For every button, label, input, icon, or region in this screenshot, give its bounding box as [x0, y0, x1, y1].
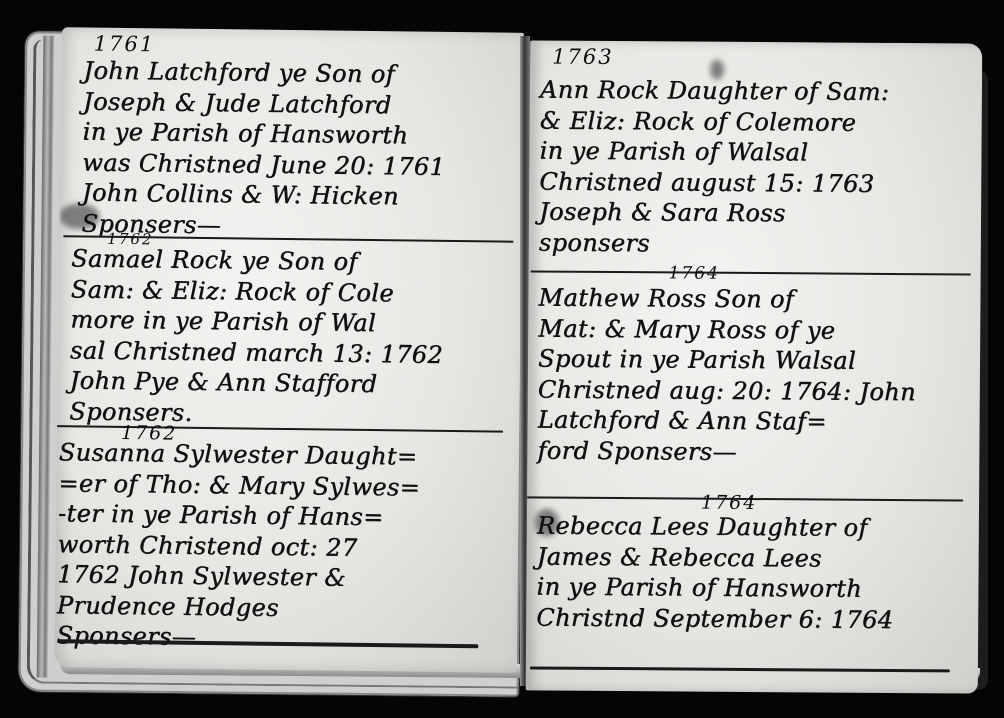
entry-line: Christnd September 6: 1764 [536, 602, 893, 635]
open-register-book: 1761 John Latchford ye Son of Joseph & J… [0, 0, 1004, 718]
entry-line: =er of Tho: & Mary Sylwes= [58, 468, 420, 503]
entry-year: 1761 [94, 32, 156, 57]
entry-line: Samael Rock ye Son of [71, 243, 444, 278]
entry-line: Sponsers— [56, 620, 418, 655]
entry-line: -ter in ye Parish of Hans= [58, 498, 420, 533]
entry-divider [531, 270, 971, 275]
entry-line: Sam: & Eliz: Rock of Cole [71, 274, 444, 309]
entry-line: Susanna Sylwester Daught= [59, 437, 421, 472]
entry-line: Joseph & Jude Latchford [83, 86, 446, 121]
entry-line: 1762 John Sylwester & [57, 559, 419, 594]
entry-line: James & Rebecca Lees [537, 541, 894, 574]
entry-line: Latchford & Ann Staf= [538, 404, 916, 437]
entry-line: Ann Rock Daughter of Sam: [540, 74, 890, 107]
entry-line: Christned aug: 20: 1764: John [538, 374, 916, 407]
register-entry: 1761 John Latchford ye Son of Joseph & J… [62, 29, 524, 35]
entry-line: Mathew Ross Son of [538, 282, 916, 315]
register-entry: 1763 Ann Rock Daughter of Sam: & Eliz: R… [530, 40, 982, 43]
left-page: 1761 John Latchford ye Son of Joseph & J… [54, 27, 524, 673]
entry-line: ford Sponsers— [537, 435, 915, 468]
entry-line: Spout in ye Parish Walsal [538, 343, 916, 376]
entry-line: John Latchford ye Son of [83, 55, 446, 90]
entry-line: Rebecca Lees Daughter of [537, 510, 894, 543]
entry-line: Christned august 15: 1763 [539, 166, 889, 199]
entry-line: Joseph & Sara Ross [539, 196, 889, 229]
entry-line: Mat: & Mary Ross of ye [538, 313, 916, 346]
entry-line: worth Christend oct: 27 [57, 529, 419, 564]
entry-line: John Pye & Ann Stafford [69, 365, 442, 400]
entry-line: was Christned June 20: 1761 [82, 147, 445, 182]
entry-line: sal Christned march 13: 1762 [70, 335, 443, 370]
entry-line: Prudence Hodges [57, 590, 419, 625]
entry-line: John Collins & W: Hicken [82, 177, 445, 212]
entry-line: in ye Parish of Hansworth [536, 571, 893, 604]
right-page: 1763 Ann Rock Daughter of Sam: & Eliz: R… [526, 40, 983, 693]
entry-divider [530, 666, 950, 672]
entry-year: 1764 [701, 492, 758, 514]
entry-line: more in ye Parish of Wal [70, 304, 443, 339]
entry-year: 1764 [669, 263, 720, 283]
entry-line: & Eliz: Rock of Colemore [540, 105, 890, 138]
entry-line: in ye Parish of Hansworth [82, 116, 445, 151]
entry-line: sponsers [539, 227, 889, 260]
register-entry: 1764 Rebecca Lees Daughter of James & Re… [527, 492, 979, 495]
entry-year: 1763 [552, 45, 614, 69]
entry-line: in ye Parish of Walsal [539, 135, 889, 168]
